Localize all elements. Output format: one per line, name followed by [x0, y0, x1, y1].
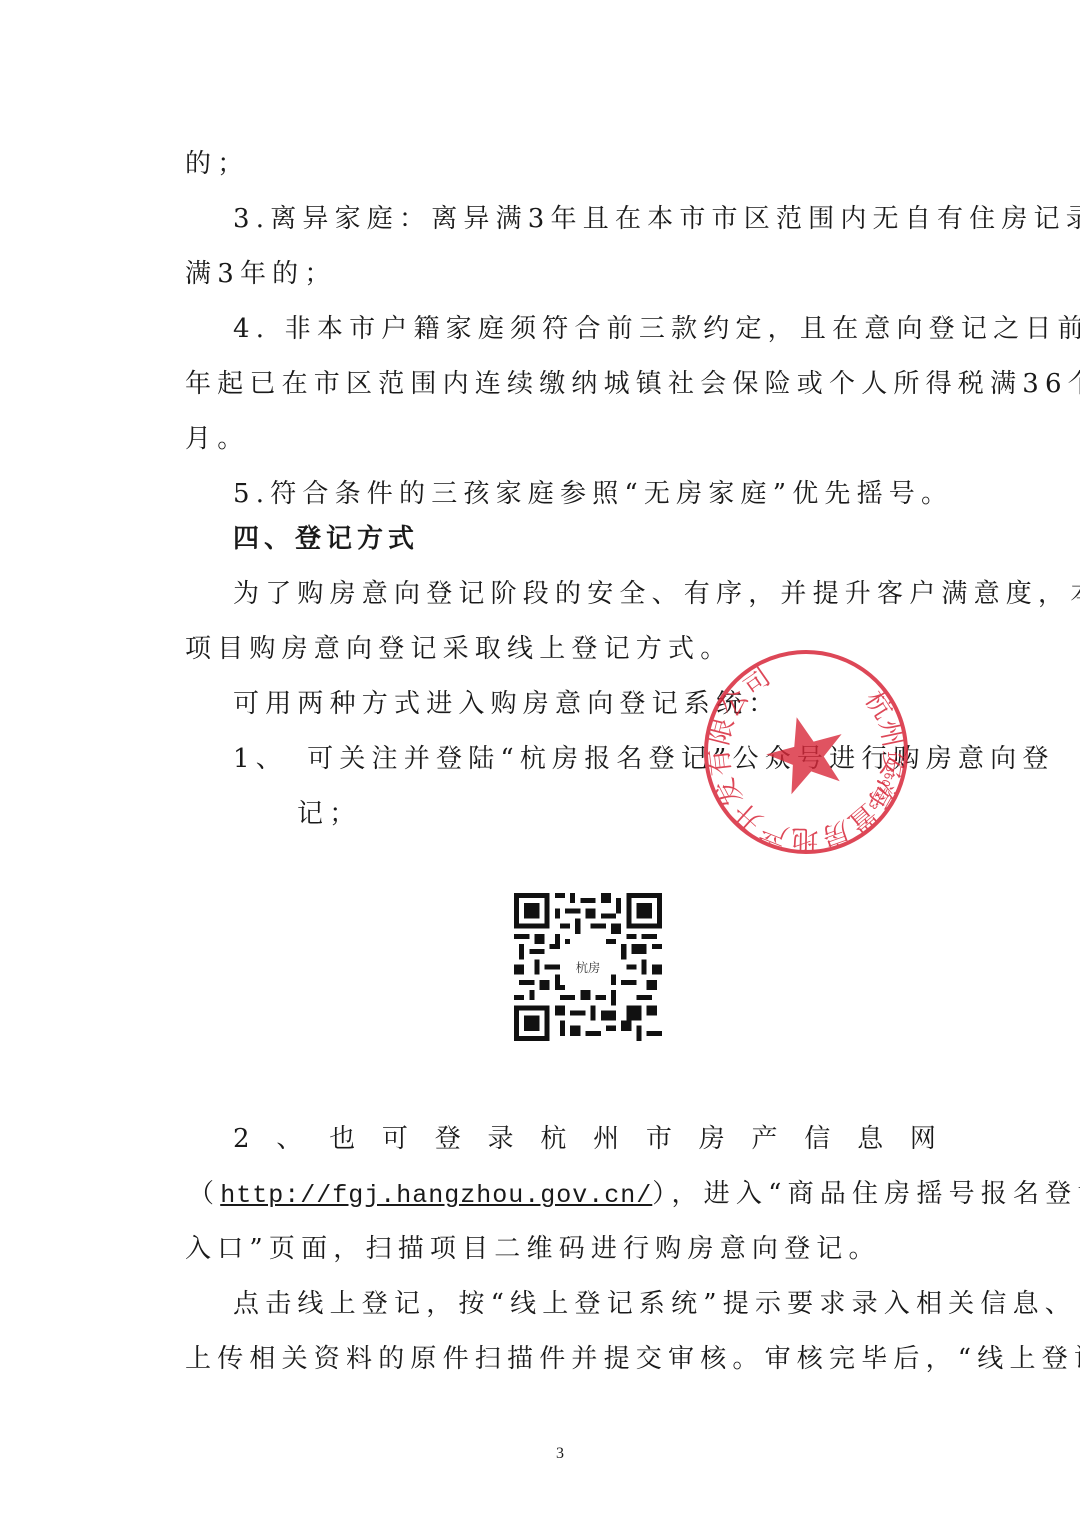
text-line: 可用两种方式进入购房意向登记系统： [233, 689, 780, 719]
text-line: 的； [185, 149, 249, 179]
char: 可 [382, 1124, 408, 1154]
text-line: 满3年的； [185, 259, 337, 289]
text-line: 月。 [185, 424, 249, 454]
text-line-method-2: 2 、 也 可 登 录 杭 州 市 房 产 信 息 网 [233, 1124, 936, 1154]
section-heading: 四、登记方式 [233, 524, 419, 554]
text-line: 5.符合条件的三孩家庭参照“无房家庭”优先摇号。 [233, 479, 953, 509]
text-line: 上传相关资料的原件扫描件并提交审核。审核完毕后，“线上登记 [185, 1344, 1080, 1374]
svg-text:杭房: 杭房 [576, 960, 600, 975]
char: 信 [804, 1124, 830, 1154]
housing-info-url-link[interactable]: http://fgj.hangzhou.gov.cn/ [220, 1181, 652, 1210]
char: 录 [488, 1124, 514, 1154]
text-line: 为了购房意向登记阶段的安全、有序，并提升客户满意度，本 [233, 579, 1080, 609]
char: 网 [910, 1124, 936, 1154]
char: 房 [699, 1124, 725, 1154]
char: 2 [233, 1124, 250, 1154]
qr-code-icon[interactable]: 杭房 [514, 893, 662, 1041]
char: 登 [435, 1124, 461, 1154]
char: 市 [646, 1124, 672, 1154]
text-line: 4. 非本市户籍家庭须符合前三款约定，且在意向登记之日前3 [233, 314, 1080, 344]
paren: （ [188, 1179, 220, 1209]
text: ），进入“商品住房摇号报名登记 [652, 1179, 1080, 1209]
text-line: 年起已在市区范围内连续缴纳城镇社会保险或个人所得税满36个 [185, 369, 1080, 399]
text-line: 项目购房意向登记采取线上登记方式。 [185, 634, 732, 664]
char: 杭 [540, 1124, 566, 1154]
char: 州 [593, 1124, 619, 1154]
page-number: 3 [556, 1445, 564, 1463]
char: 产 [752, 1124, 778, 1154]
text-line: 3.离异家庭：离异满3年且在本市市区范围内无自有住房记录 [233, 204, 1080, 234]
text-line: 记； [297, 799, 361, 829]
char: 也 [329, 1124, 355, 1154]
char: 、 [276, 1124, 302, 1154]
text-line: 1、 可关注并登陆“杭房报名登记”公众号进行购房意向登 [233, 744, 1055, 774]
svg-text:3301031036072 3: 3301031036072 3 [702, 648, 898, 812]
char: 息 [857, 1124, 883, 1154]
text-line: 入口”页面，扫描项目二维码进行购房意向登记。 [185, 1234, 881, 1264]
text-line: 点击线上登记，按“线上登记系统”提示要求录入相关信息、 [233, 1289, 1077, 1319]
text-line: （http://fgj.hangzhou.gov.cn/），进入“商品住房摇号报… [188, 1179, 1080, 1211]
